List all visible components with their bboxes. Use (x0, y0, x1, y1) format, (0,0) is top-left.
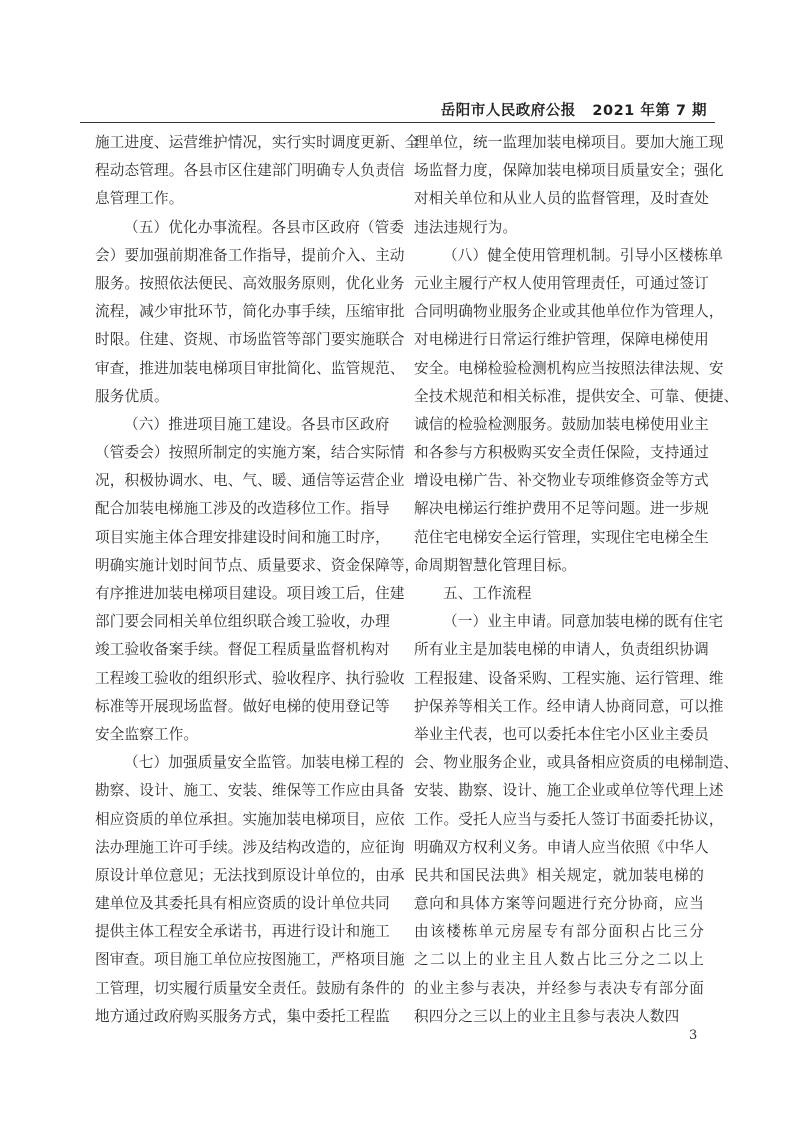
text-line: 法办理施工许可手续。涉及结构改造的，应征询 (95, 834, 385, 862)
page-header: 岳阳市人民政府公报 2021 年第 7 期 (80, 96, 715, 123)
text-line: 安装、勘察、设计、施工企业或单位等代理上述 (414, 777, 704, 805)
left-column: 施工进度、运营维护情况，实行实时调度更新、全程动态管理。各县市区住建部门明确专人… (95, 129, 385, 1031)
text-line: 提供主体工程安全承诺书，再进行设计和施工 (95, 918, 385, 946)
text-line: （一）业主申请。同意加装电梯的既有住宅 (414, 608, 704, 636)
text-line: 原设计单位意见；无法找到原设计单位的，由承 (95, 862, 385, 890)
text-line: 五、工作流程 (414, 580, 704, 608)
text-line: 流程，减少审批环节，简化办事手续，压缩审批 (95, 298, 385, 326)
text-line: 会）要加强前期准备工作指导，提前介入、主动 (95, 242, 385, 270)
page-number: 3 (689, 1028, 697, 1043)
text-line: 明确实施计划时间节点、质量要求、资金保障等， (95, 552, 385, 580)
text-line: 违法违规行为。 (414, 214, 704, 242)
text-line: 勘察、设计、施工、安装、维保等工作应由具备 (95, 777, 385, 805)
text-line: 民共和国民法典》相关规定，就加装电梯的 (414, 862, 704, 890)
text-line: 审查，推进加装电梯项目审批简化、监管规范、 (95, 355, 385, 383)
text-line: 和各参与方积极购买安全责任保险，支持通过 (414, 439, 704, 467)
text-line: 工程竣工验收的组织形式、验收程序、执行验收 (95, 665, 385, 693)
text-line: 时限。住建、资规、市场监管等部门要实施联合 (95, 326, 385, 354)
text-line: （五）优化办事流程。各县市区政府（管委 (95, 214, 385, 242)
text-line: 对电梯进行日常运行维护管理，保障电梯使用 (414, 326, 704, 354)
right-column: 理单位，统一监理加装电梯项目。要加大施工现场监督力度，保障加装电梯项目质量安全；… (414, 129, 704, 1031)
text-line: 场监督力度，保障加装电梯项目质量安全；强化 (414, 157, 704, 185)
text-line: 建单位及其委托具有相应资质的设计单位共同 (95, 890, 385, 918)
text-line: 地方通过政府购买服务方式，集中委托工程监 (95, 1003, 385, 1031)
text-line: 竣工验收备案手续。督促工程质量监督机构对 (95, 636, 385, 664)
text-line: 项目实施主体合理安排建设时间和施工时序， (95, 524, 385, 552)
text-line: 部门要会同相关单位组织联合竣工验收，办理 (95, 608, 385, 636)
text-line: 明确双方权利义务。申请人应当依照《中华人 (414, 834, 704, 862)
text-line: 施工进度、运营维护情况，实行实时调度更新、全 (95, 129, 385, 157)
text-line: 工作。受托人应当与委托人签订书面委托协议， (414, 806, 704, 834)
text-line: 程动态管理。各县市区住建部门明确专人负责信 (95, 157, 385, 185)
text-line: 标准等开展现场监督。做好电梯的使用登记等 (95, 693, 385, 721)
text-line: 有序推进加装电梯项目建设。项目竣工后，住建 (95, 580, 385, 608)
text-line: 配合加装电梯施工涉及的改造移位工作。指导 (95, 495, 385, 523)
text-line: 举业主代表，也可以委托本住宅小区业主委员 (414, 721, 704, 749)
text-line: 的业主参与表决，并经参与表决专有部分面 (414, 975, 704, 1003)
text-line: 合同明确物业服务企业或其他单位作为管理人， (414, 298, 704, 326)
text-line: （六）推进项目施工建设。各县市区政府 (95, 411, 385, 439)
text-line: 工管理，切实履行质量安全责任。鼓励有条件的 (95, 975, 385, 1003)
text-line: 积四分之三以上的业主且参与表决人数四 (414, 1003, 704, 1031)
text-line: 解决电梯运行维护费用不足等问题。进一步规 (414, 495, 704, 523)
text-line: （八）健全使用管理机制。引导小区楼栋单 (414, 242, 704, 270)
text-line: 范住宅电梯安全运行管理，实现住宅电梯全生 (414, 524, 704, 552)
text-line: 服务优质。 (95, 383, 385, 411)
text-line: 图审查。项目施工单位应按图施工，严格项目施 (95, 946, 385, 974)
text-line: （七）加强质量安全监管。加装电梯工程的 (95, 749, 385, 777)
text-line: （管委会）按照所制定的实施方案，结合实际情 (95, 439, 385, 467)
text-line: 安全监察工作。 (95, 721, 385, 749)
text-line: 所有业主是加装电梯的申请人，负责组织协调 (414, 636, 704, 664)
text-line: 护保养等相关工作。经申请人协商同意，可以推 (414, 693, 704, 721)
text-line: 安全。电梯检验检测机构应当按照法律法规、安 (414, 355, 704, 383)
text-line: 全技术规范和相关标准，提供安全、可靠、便捷、 (414, 383, 704, 411)
text-line: 意向和具体方案等问题进行充分协商，应当 (414, 890, 704, 918)
text-line: 息管理工作。 (95, 185, 385, 213)
text-line: 元业主履行产权人使用管理责任，可通过签订 (414, 270, 704, 298)
text-line: 由该楼栋单元房屋专有部分面积占比三分 (414, 918, 704, 946)
text-line: 相应资质的单位承担。实施加装电梯项目，应依 (95, 806, 385, 834)
publication-title: 岳阳市人民政府公报 2021 年第 7 期 (441, 99, 707, 120)
text-line: 工程报建、设备采购、工程实施、运行管理、维 (414, 665, 704, 693)
text-line: 诚信的检验检测服务。鼓励加装电梯使用业主 (414, 411, 704, 439)
text-line: 命周期智慧化管理目标。 (414, 552, 704, 580)
text-line: 服务。按照依法便民、高效服务原则，优化业务 (95, 270, 385, 298)
text-line: 理单位，统一监理加装电梯项目。要加大施工现 (414, 129, 704, 157)
text-line: 增设电梯广告、补交物业专项维修资金等方式 (414, 467, 704, 495)
text-line: 会、物业服务企业，或具备相应资质的电梯制造、 (414, 749, 704, 777)
text-line: 对相关单位和从业人员的监督管理，及时查处 (414, 185, 704, 213)
text-line: 之二以上的业主且人数占比三分之二以上 (414, 946, 704, 974)
text-line: 况，积极协调水、电、气、暖、通信等运营企业 (95, 467, 385, 495)
